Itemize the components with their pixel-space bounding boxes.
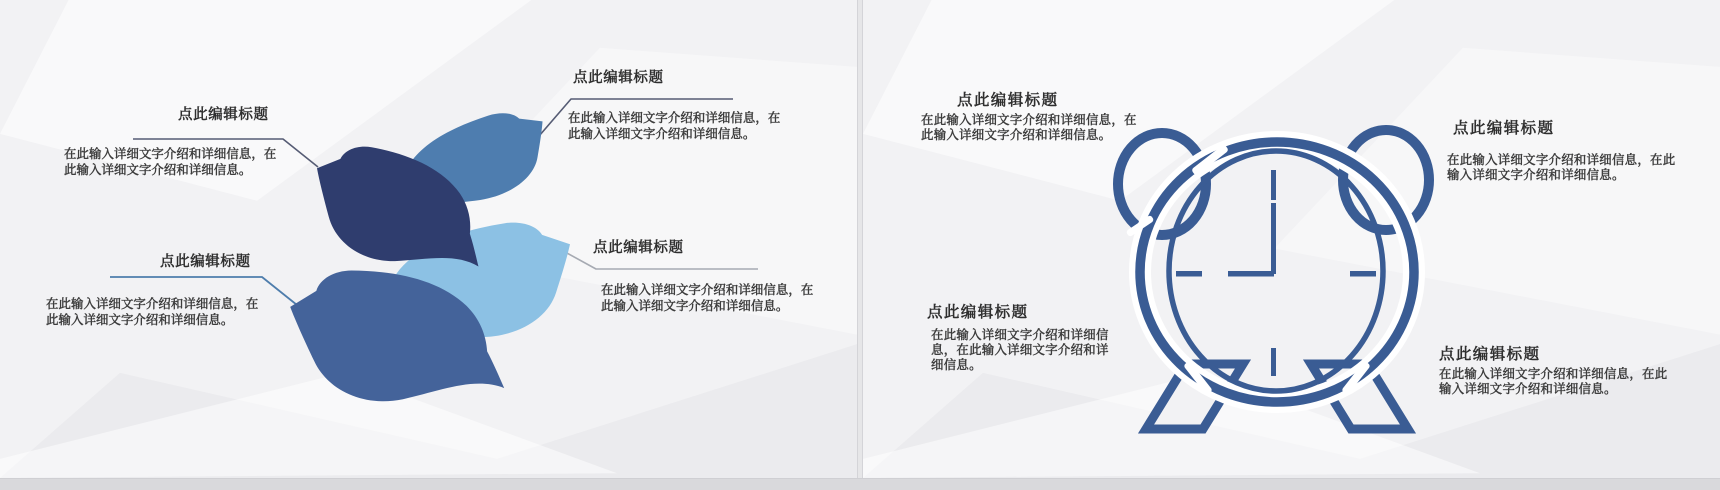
clock-hour-hand bbox=[1228, 271, 1274, 277]
clock-tick-6 bbox=[1271, 348, 1276, 376]
slide-thumbnail-right[interactable]: 点此编辑标题 在此输入详细文字介绍和详细信息，在 此输入详细文字介绍和详细信息。… bbox=[863, 0, 1720, 478]
slide-preview-page: { "page": { "type": "presentation-templa… bbox=[0, 0, 1720, 490]
callout-title: 点此编辑标题 bbox=[927, 300, 1028, 322]
alarm-clock-icon bbox=[1100, 120, 1450, 450]
page-bottom-strip bbox=[0, 478, 1720, 490]
callout-body: 在此输入详细文字介绍和详细信息，在 此输入详细文字介绍和详细信息。 bbox=[921, 112, 1147, 142]
callout-body: 在此输入详细文字介绍和详细信息，在此 输入详细文字介绍和详细信息。 bbox=[1447, 152, 1691, 182]
callout-title: 点此编辑标题 bbox=[593, 236, 684, 257]
callout-body: 在此输入详细文字介绍和详细信息，在此 输入详细文字介绍和详细信息。 bbox=[1439, 366, 1683, 396]
callout-title: 点此编辑标题 bbox=[573, 66, 664, 87]
four-birds-icon bbox=[260, 80, 620, 420]
clock-tick-12 bbox=[1271, 170, 1276, 200]
callout-body: 在此输入详细文字介绍和详细信 息，在此输入详细文字介绍和详 细信息。 bbox=[931, 327, 1127, 373]
slide-thumbnail-left[interactable]: 点此编辑标题 在此输入详细文字介绍和详细信息，在 此输入详细文字介绍和详细信息。… bbox=[0, 0, 857, 478]
callout-title: 点此编辑标题 bbox=[957, 88, 1058, 110]
callout-body: 在此输入详细文字介绍和详细信息，在 此输入详细文字介绍和详细信息。 bbox=[46, 296, 274, 327]
callout-title: 点此编辑标题 bbox=[1439, 342, 1540, 364]
callout-body: 在此输入详细文字介绍和详细信息，在 此输入详细文字介绍和详细信息。 bbox=[601, 282, 819, 313]
callout-title: 点此编辑标题 bbox=[160, 250, 251, 271]
clock-minute-hand bbox=[1271, 203, 1276, 274]
clock-tick-9 bbox=[1176, 271, 1202, 277]
callout-title: 点此编辑标题 bbox=[178, 103, 269, 124]
callout-body: 在此输入详细文字介绍和详细信息，在 此输入详细文字介绍和详细信息。 bbox=[64, 146, 288, 177]
clock-tick-3 bbox=[1350, 271, 1376, 277]
callout-body: 在此输入详细文字介绍和详细信息，在 此输入详细文字介绍和详细信息。 bbox=[568, 110, 792, 141]
callout-title: 点此编辑标题 bbox=[1453, 116, 1554, 138]
